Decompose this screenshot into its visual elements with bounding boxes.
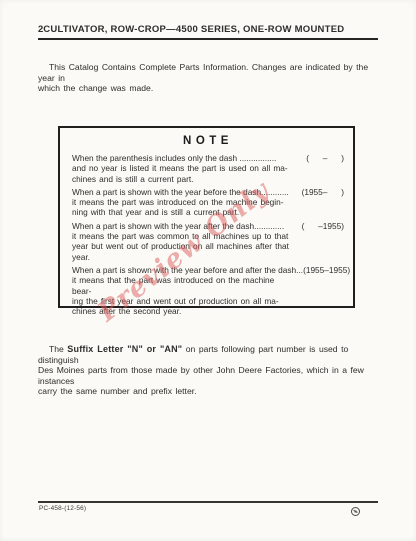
note-entry-code: ( –1955) <box>302 221 344 231</box>
note-entry-body: it means the part was common to all mach… <box>72 231 290 262</box>
note-heading: NOTE <box>72 135 344 147</box>
note-entry-line: When a part is shown with the year befor… <box>72 265 344 275</box>
intro-paragraph: This Catalog Contains Complete Parts Inf… <box>38 62 378 94</box>
note-entry-dash-only: When the parenthesis includes only the d… <box>72 153 344 184</box>
printers-union-bug-icon <box>351 507 360 516</box>
note-entry-code: (1955–1955) <box>303 265 350 275</box>
note-entry-code: ( – ) <box>306 153 344 163</box>
note-box: NOTE When the parenthesis includes only … <box>58 126 355 308</box>
note-entry-body: it means that the part was introduced on… <box>72 275 290 316</box>
note-entry-body: and no year is listed it means the part … <box>72 163 290 184</box>
note-entry-lead: When a part is shown with the year after… <box>72 221 284 231</box>
catalog-page: { "page": { "number": "2", "title": "CUL… <box>0 0 416 541</box>
note-entry-year-before-dash: When a part is shown with the year befor… <box>72 187 344 218</box>
note-entry-year-before-and-after: When a part is shown with the year befor… <box>72 265 344 316</box>
suffix-paragraph: The Suffix Letter "N" or "AN" on parts f… <box>38 344 378 397</box>
page-header: 2 CULTIVATOR, ROW-CROP—4500 SERIES, ONE-… <box>38 24 378 40</box>
note-entry-lead: When a part is shown with the year befor… <box>72 265 303 275</box>
note-entry-lead: When the parenthesis includes only the d… <box>72 153 276 163</box>
note-entry-line: When a part is shown with the year after… <box>72 221 344 231</box>
note-entry-line: When a part is shown with the year befor… <box>72 187 344 197</box>
suffix-lead: The <box>49 344 67 354</box>
note-entry-line: When the parenthesis includes only the d… <box>72 153 344 163</box>
footer-rule <box>38 501 378 503</box>
note-entry-year-after-dash: When a part is shown with the year after… <box>72 221 344 262</box>
note-entry-code: (1955– ) <box>302 187 344 197</box>
note-entry-body: it means the part was introduced on the … <box>72 197 290 218</box>
page-title: CULTIVATOR, ROW-CROP—4500 SERIES, ONE-RO… <box>43 24 344 35</box>
suffix-bold-phrase: Suffix Letter "N" or "AN" <box>67 344 182 354</box>
footer-publication-code: PC-458-(12-56) <box>39 505 86 512</box>
note-entry-lead: When a part is shown with the year befor… <box>72 187 289 197</box>
